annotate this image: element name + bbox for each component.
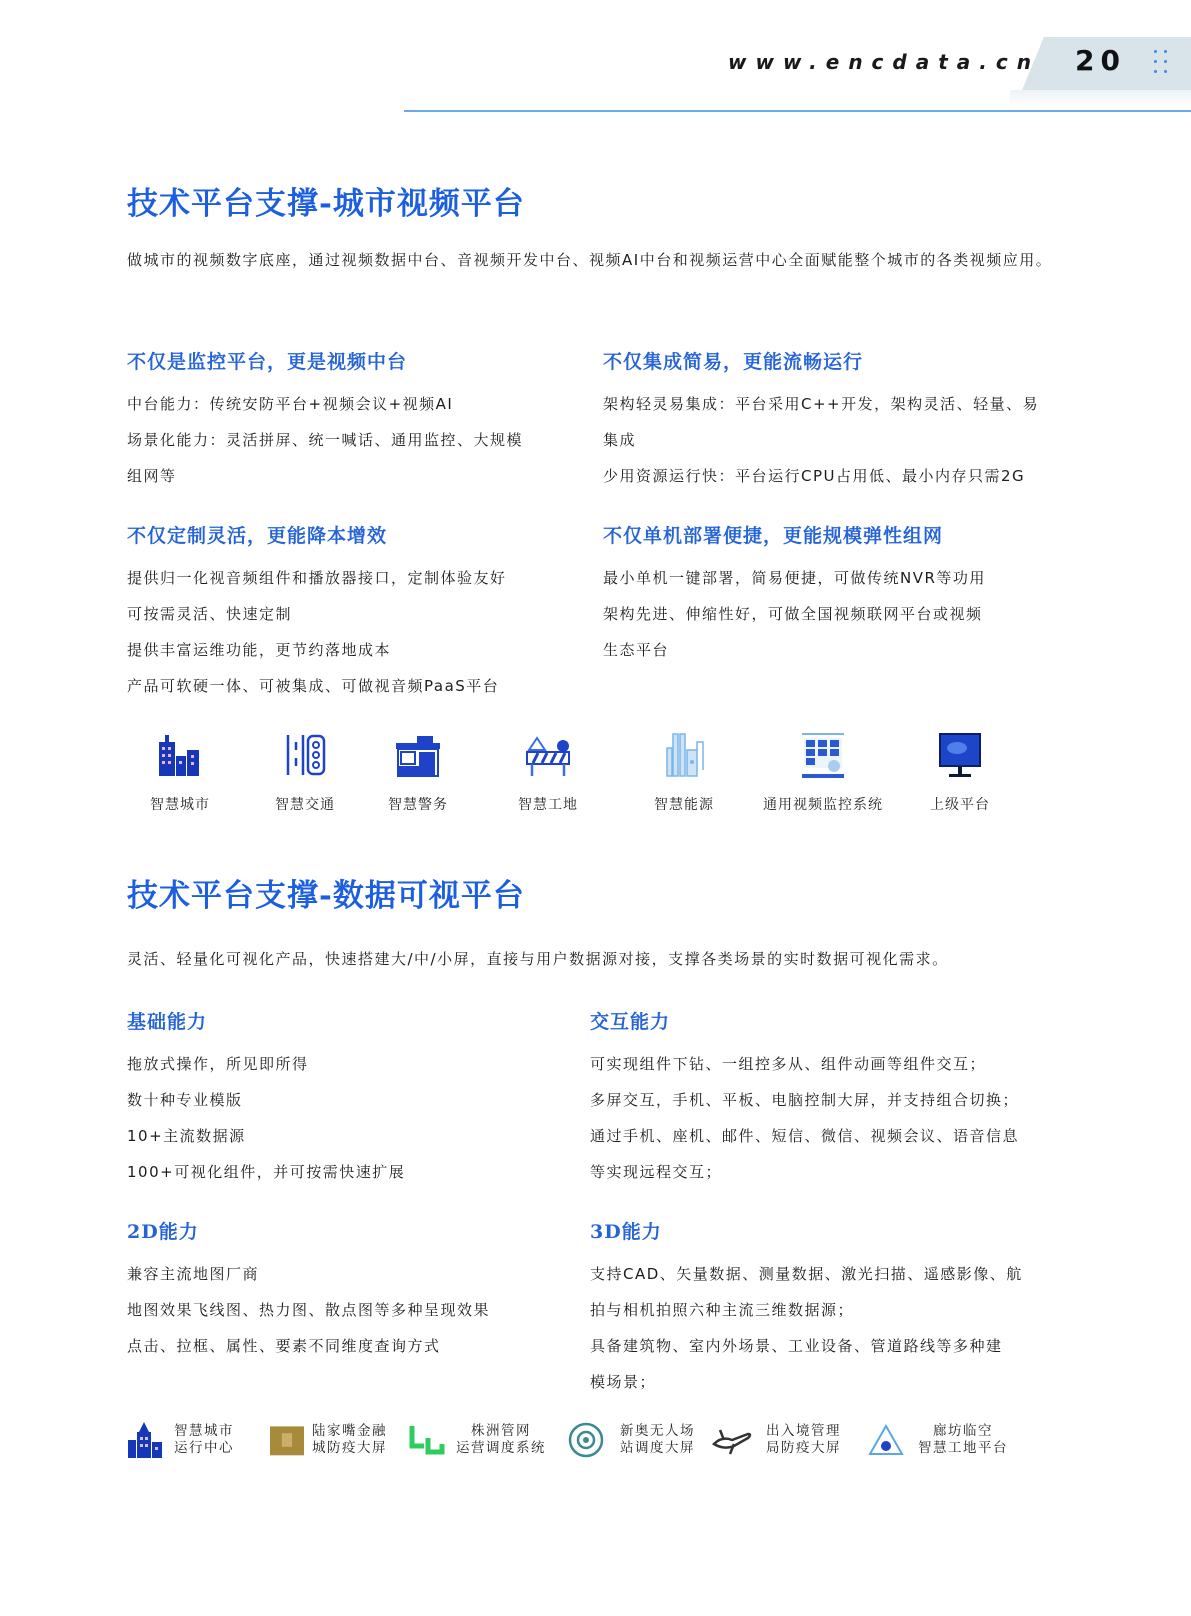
case-line2: 站调度大屏 (620, 1440, 695, 1457)
scenario-smart-police: 智慧警务 (378, 730, 458, 814)
airplane-icon (712, 1420, 752, 1460)
smart-police-icon (393, 730, 443, 780)
scenario-smart-construction: 智慧工地 (508, 730, 588, 814)
case-line1: 出入境管理 (766, 1423, 841, 1440)
block-line: 提供归一化视音频组件和播放器接口，定制体验友好 (127, 560, 507, 596)
scenario-smart-energy: 智慧能源 (644, 730, 724, 814)
scenario-label: 智慧警务 (378, 794, 458, 814)
case-line1: 新奥无人场 (620, 1423, 695, 1440)
block-line: 10+主流数据源 (127, 1118, 405, 1154)
block-line: 最小单机一键部署，简易便捷，可做传统NVR等功用 (603, 560, 986, 596)
block-line: 场景化能力：灵活拼屏、统一喊话、通用监控、大规模 (127, 422, 523, 458)
block-line: 拖放式操作，所见即所得 (127, 1046, 405, 1082)
smart-energy-icon (659, 730, 709, 780)
section2-title: 技术平台支撑-数据可视平台 (127, 870, 525, 915)
case-line1: 株洲管网 (456, 1423, 546, 1440)
block-line: 集成 (603, 422, 1039, 458)
page-number: 20 (1075, 44, 1126, 77)
case-airport-construction: 廊坊临空智慧工地平台 (866, 1420, 1008, 1460)
page-tab-shadow (1010, 90, 1191, 106)
block-heading: 3D能力 (590, 1217, 1023, 1244)
scenario-label: 智慧城市 (140, 794, 220, 814)
section2-block-0: 基础能力 拖放式操作，所见即所得 数十种专业模版 10+主流数据源 100+可视… (127, 1007, 405, 1190)
section1-block-0: 不仅是监控平台，更是视频中台 中台能力：传统安防平台+视频会议+视频AI 场景化… (127, 347, 523, 494)
block-line: 架构轻灵易集成：平台采用C++开发，架构灵活、轻量、易 (603, 386, 1039, 422)
block-heading: 不仅是监控平台，更是视频中台 (127, 347, 523, 374)
block-line: 少用资源运行快：平台运行CPU占用低、最小内存只需2G (603, 458, 1039, 494)
case-line2: 运营调度系统 (456, 1440, 546, 1457)
superior-platform-icon (935, 730, 985, 780)
block-line: 点击、拉框、属性、要素不同维度查询方式 (127, 1328, 490, 1364)
unmanned-station-icon (566, 1420, 606, 1460)
case-line2: 智慧工地平台 (918, 1440, 1008, 1457)
block-line: 通过手机、座机、邮件、短信、微信、视频会议、语音信息 (590, 1118, 1019, 1154)
block-line: 模场景； (590, 1364, 1023, 1400)
case-logo-row: 智慧城市运行中心 陆家嘴金融城防疫大屏 株洲管网运营调度系统 新奥无人场站调度大… (126, 1420, 1026, 1480)
case-line2: 运行中心 (174, 1440, 234, 1457)
block-line: 数十种专业模版 (127, 1082, 405, 1118)
case-lujiazui: 陆家嘴金融城防疫大屏 (270, 1420, 387, 1460)
block-heading: 基础能力 (127, 1007, 405, 1034)
section2-block-3: 3D能力 支持CAD、矢量数据、测量数据、激光扫描、遥感影像、航 拍与相机拍照六… (590, 1217, 1023, 1400)
section2-intro: 灵活、轻量化可视化产品，快速搭建大/中/小屏，直接与用户数据源对接，支撑各类场景… (127, 941, 1067, 977)
section2-block-1: 交互能力 可实现组件下钻、一组控多从、组件动画等组件交互； 多屏交互，手机、平板… (590, 1007, 1019, 1190)
video-monitor-system-icon (798, 730, 848, 780)
smart-city-icon (155, 730, 205, 780)
block-heading: 交互能力 (590, 1007, 1019, 1034)
site-url: www.encdata.cn (728, 50, 1040, 74)
block-heading: 2D能力 (127, 1217, 490, 1244)
block-line: 地图效果飞线图、热力图、散点图等多种呈现效果 (127, 1292, 490, 1328)
block-line: 架构先进、伸缩性好，可做全国视频联网平台或视频 (603, 596, 986, 632)
case-line2: 城防疫大屏 (312, 1440, 387, 1457)
section1-block-1: 不仅集成简易，更能流畅运行 架构轻灵易集成：平台采用C++开发，架构灵活、轻量、… (603, 347, 1039, 494)
block-line: 具备建筑物、室内外场景、工业设备、管道路线等多种建 (590, 1328, 1023, 1364)
scenario-smart-city: 智慧城市 (140, 730, 220, 814)
block-line: 100+可视化组件，并可按需快速扩展 (127, 1154, 405, 1190)
scenario-label: 通用视频监控系统 (758, 794, 888, 814)
block-line: 等实现远程交互； (590, 1154, 1019, 1190)
block-line: 多屏交互，手机、平板、电脑控制大屏，并支持组合切换； (590, 1082, 1019, 1118)
section2-block-2: 2D能力 兼容主流地图厂商 地图效果飞线图、热力图、散点图等多种呈现效果 点击、… (127, 1217, 490, 1364)
block-heading: 不仅定制灵活，更能降本增效 (127, 521, 507, 548)
scenario-icon-row: 智慧城市 智慧交通 智慧警务 智慧工地 (130, 730, 1030, 820)
scenario-smart-traffic: 智慧交通 (265, 730, 345, 814)
block-line: 中台能力：传统安防平台+视频会议+视频AI (127, 386, 523, 422)
block-line: 组网等 (127, 458, 523, 494)
block-line: 产品可软硬一体、可被集成、可做视音频PaaS平台 (127, 668, 507, 704)
block-line: 拍与相机拍照六种主流三维数据源； (590, 1292, 1023, 1328)
dots-decoration-icon (1154, 50, 1168, 76)
scenario-label: 智慧交通 (265, 794, 345, 814)
smart-construction-icon (523, 730, 573, 780)
scenario-superior-platform: 上级平台 (920, 730, 1000, 814)
zhuzhou-pipe-icon (408, 1420, 448, 1460)
block-line: 兼容主流地图厂商 (127, 1256, 490, 1292)
section1-intro: 做城市的视频数字底座，通过视频数据中台、音视频开发中台、视频AI中台和视频运营中… (127, 242, 1067, 278)
case-border-control: 出入境管理局防疫大屏 (712, 1420, 841, 1460)
section1-title: 技术平台支撑-城市视频平台 (127, 178, 525, 223)
case-city-ops-center: 智慧城市运行中心 (126, 1420, 234, 1460)
section1-block-2: 不仅定制灵活，更能降本增效 提供归一化视音频组件和播放器接口，定制体验友好 可按… (127, 521, 507, 704)
airport-construction-icon (866, 1420, 906, 1460)
case-line1: 陆家嘴金融 (312, 1423, 387, 1440)
case-line2: 局防疫大屏 (766, 1440, 841, 1457)
block-line: 提供丰富运维功能，更节约落地成本 (127, 632, 507, 668)
lujiazui-logo-icon (270, 1420, 304, 1460)
scenario-label: 智慧能源 (644, 794, 724, 814)
block-line: 可实现组件下钻、一组控多从、组件动画等组件交互； (590, 1046, 1019, 1082)
header-rule (404, 110, 1191, 112)
smart-traffic-icon (280, 730, 330, 780)
city-ops-center-icon (126, 1420, 166, 1460)
scenario-video-monitor-system: 通用视频监控系统 (758, 730, 888, 814)
section1-block-3: 不仅单机部署便捷，更能规模弹性组网 最小单机一键部署，简易便捷，可做传统NVR等… (603, 521, 986, 668)
case-line1: 廊坊临空 (918, 1423, 1008, 1440)
block-line: 生态平台 (603, 632, 986, 668)
case-unmanned-station: 新奥无人场站调度大屏 (566, 1420, 695, 1460)
block-line: 可按需灵活、快速定制 (127, 596, 507, 632)
block-heading: 不仅单机部署便捷，更能规模弹性组网 (603, 521, 986, 548)
block-line: 支持CAD、矢量数据、测量数据、激光扫描、遥感影像、航 (590, 1256, 1023, 1292)
scenario-label: 智慧工地 (508, 794, 588, 814)
case-line1: 智慧城市 (174, 1423, 234, 1440)
case-zhuzhou-pipe: 株洲管网运营调度系统 (408, 1420, 546, 1460)
scenario-label: 上级平台 (920, 794, 1000, 814)
block-heading: 不仅集成简易，更能流畅运行 (603, 347, 1039, 374)
